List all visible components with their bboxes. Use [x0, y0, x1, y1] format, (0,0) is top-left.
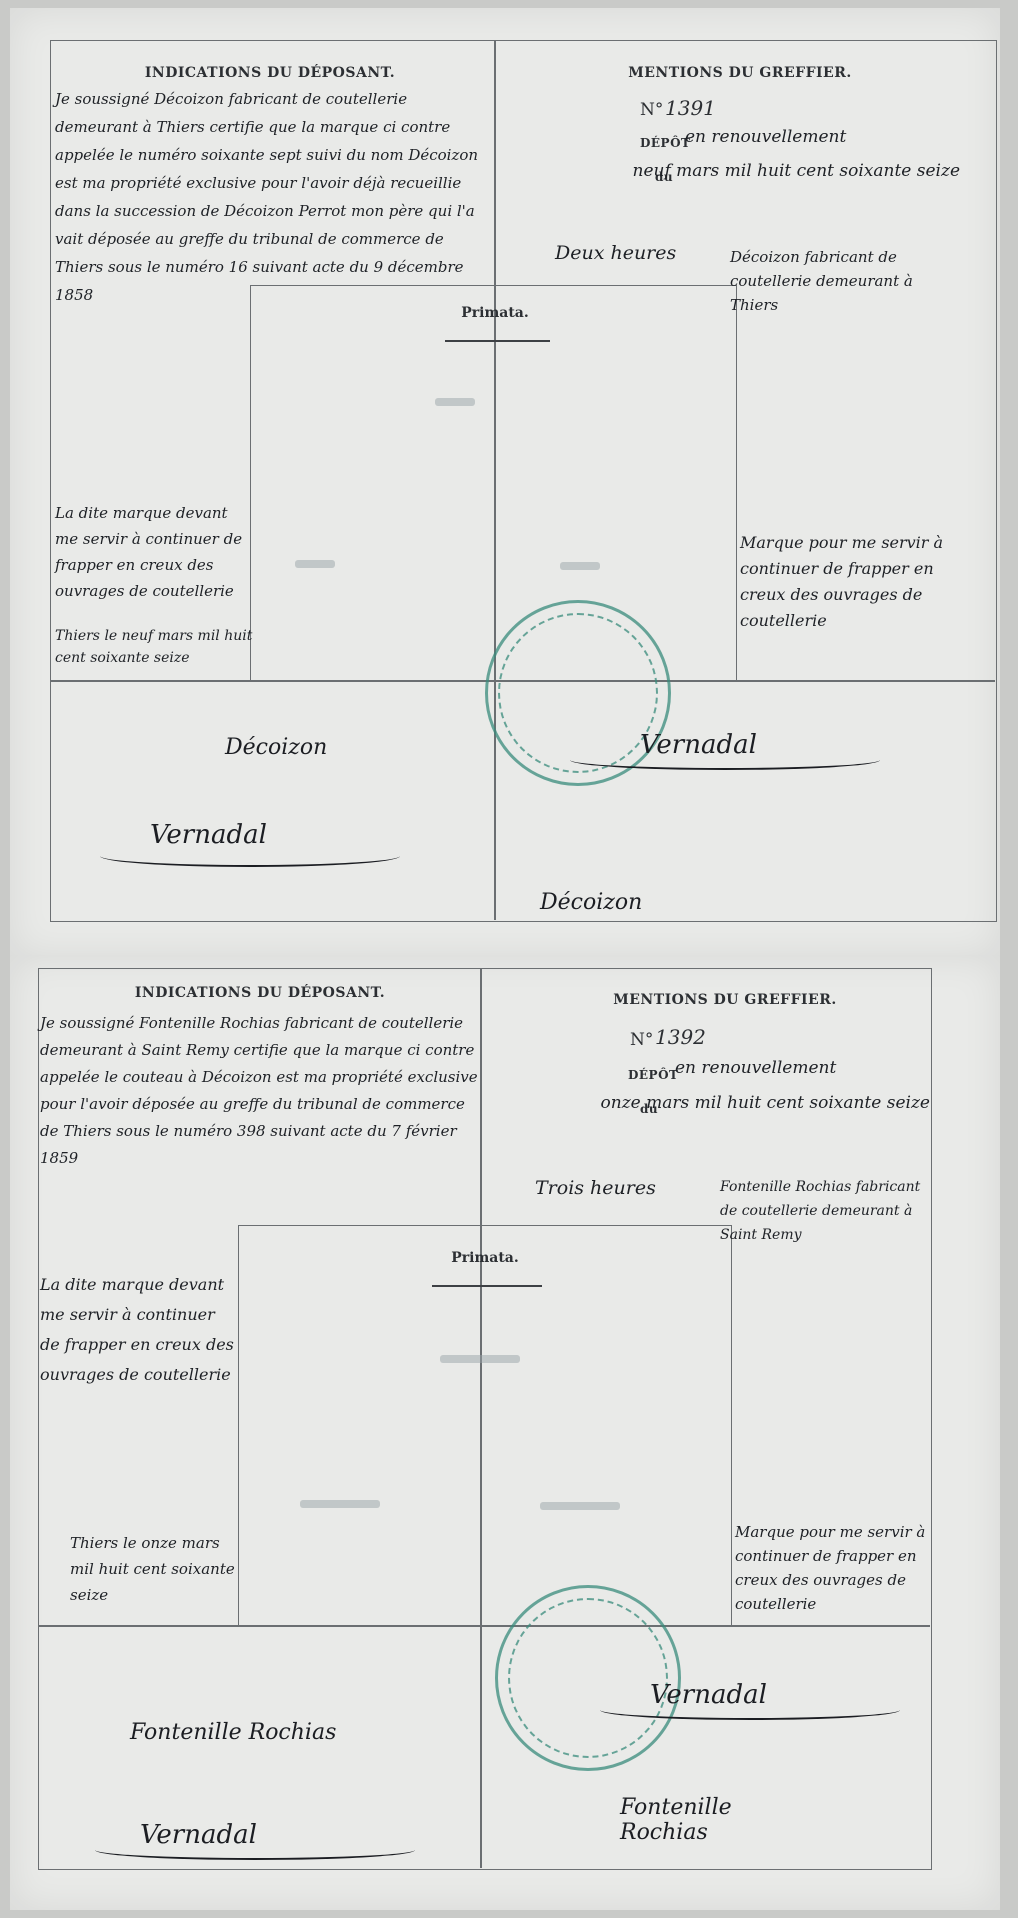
depot-text: en renouvellement	[685, 124, 846, 151]
left-place-date: Thiers le neuf mars mil huit cent soixan…	[55, 625, 255, 669]
header-indications-deposant: INDICATIONS DU DÉPOSANT.	[110, 985, 410, 1001]
record-number: 1392	[655, 1025, 706, 1049]
depositor-right: Fontenille Rochias fabricant de coutelle…	[720, 1175, 930, 1247]
trademark-stamp	[300, 1500, 380, 1508]
signature-decoizon-right: Décoizon	[540, 890, 642, 915]
date-text: neuf mars mil huit cent soixante seize	[490, 158, 960, 185]
signature-fontenille-rochias: Fontenille Rochias	[130, 1720, 350, 1745]
left-declaration: Je soussigné Décoizon fabricant de coute…	[55, 85, 490, 309]
primata-label: Primata.	[430, 1250, 540, 1266]
signature-flourish	[600, 1700, 900, 1720]
right-marque: Marque pour me servir à continuer de fra…	[735, 1520, 930, 1616]
signature-decoizon: Décoizon	[225, 735, 327, 760]
primata-bottom-rule	[38, 1625, 930, 1627]
date-text: onze mars mil huit cent soixante seize	[480, 1090, 930, 1117]
record-number-label: N°	[640, 100, 663, 120]
trademark-stamp	[435, 398, 475, 406]
left-usage: La dite marque devant me servir à contin…	[40, 1270, 235, 1390]
depot-label: DÉPÔT	[628, 1068, 678, 1082]
signature-flourish	[570, 750, 880, 770]
left-declaration: Je soussigné Fontenille Rochias fabrican…	[40, 1010, 480, 1172]
trademark-stamp	[540, 1502, 620, 1510]
primata-underline	[432, 1285, 542, 1287]
hour-text: Deux heures	[555, 240, 676, 267]
record-number-label: N°	[630, 1030, 653, 1050]
header-mentions-greffier: MENTIONS DU GREFFIER.	[580, 65, 900, 81]
right-marque: Marque pour me servir à continuer de fra…	[740, 530, 950, 634]
trademark-stamp	[295, 560, 335, 568]
signature-fontenille-rochias-right: Fontenille Rochias	[620, 1795, 820, 1845]
signature-flourish	[100, 845, 400, 867]
hour-text: Trois heures	[535, 1175, 656, 1202]
record-number: 1391	[665, 96, 716, 120]
header-mentions-greffier: MENTIONS DU GREFFIER.	[570, 992, 880, 1008]
court-seal-icon	[495, 1585, 681, 1771]
primata-underline	[445, 340, 550, 342]
primata-label: Primata.	[440, 305, 550, 321]
depot-label: DÉPÔT	[640, 136, 690, 150]
trademark-stamp	[440, 1355, 520, 1363]
left-usage: La dite marque devant me servir à contin…	[55, 500, 245, 604]
signature-flourish	[95, 1840, 415, 1860]
primata-box	[250, 285, 737, 682]
left-place-date: Thiers le onze mars mil huit cent soixan…	[70, 1530, 235, 1608]
header-indications-deposant: INDICATIONS DU DÉPOSANT.	[120, 65, 420, 81]
depot-text: en renouvellement	[675, 1055, 836, 1082]
trademark-stamp	[560, 562, 600, 570]
depositor-right: Décoizon fabricant de coutellerie demeur…	[730, 245, 950, 317]
